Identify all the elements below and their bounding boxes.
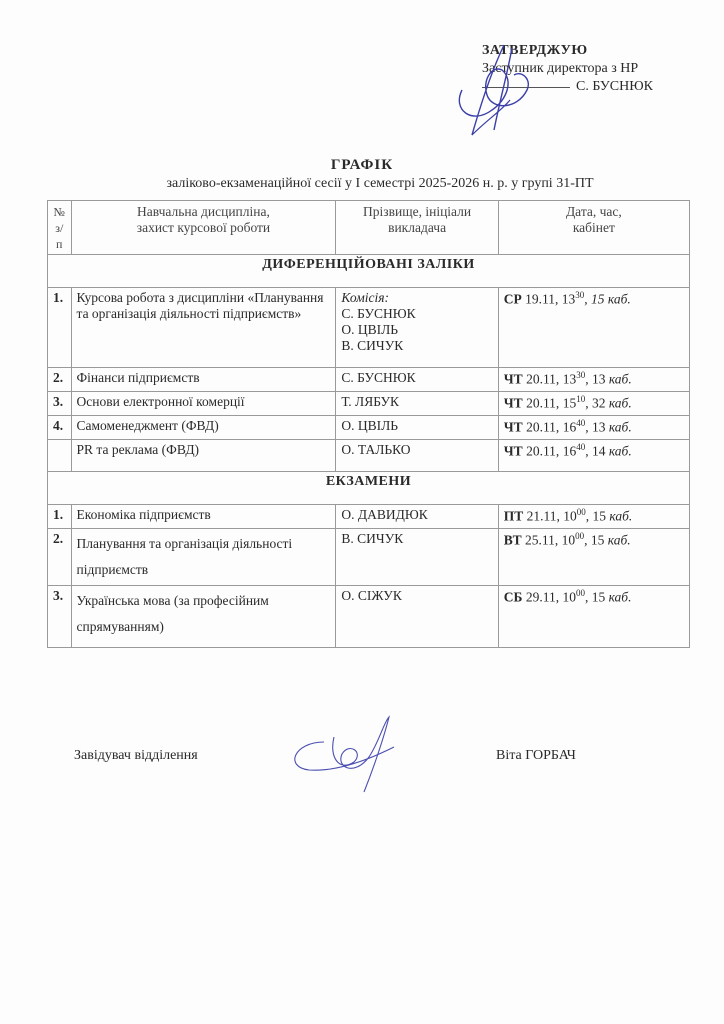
subject-cell: Планування та організація діяльності під… (71, 529, 336, 586)
teacher-cell: О. ДАВИДЮК (336, 505, 498, 529)
head-signature-icon (284, 712, 414, 802)
subject-cell: Економіка підприємств (71, 505, 336, 529)
datetime-cell: СБ 29.11, 1000, 15 каб. (498, 586, 689, 648)
approval-block: ЗАТВЕРДЖУЮ Заступник директора з НР С. Б… (482, 42, 653, 96)
approval-position: Заступник директора з НР (482, 60, 653, 78)
subject-cell: PR та реклама (ФВД) (71, 440, 336, 472)
datetime-cell: ВТ 25.11, 1000, 15 каб. (498, 529, 689, 586)
table-row: 1. Економіка підприємств О. ДАВИДЮК ПТ 2… (48, 505, 690, 529)
datetime-cell: ЧТ 20.11, 1640, 14 каб. (498, 440, 689, 472)
teacher-cell: Комісія: С. БУСНЮК О. ЦВІЛЬ В. СИЧУК (336, 288, 498, 368)
subject-cell: Курсова робота з дисципліни «Планування … (71, 288, 336, 368)
signature-line (482, 87, 570, 88)
header-num: № з/п (48, 201, 72, 255)
title-subtitle: заліково-екзаменаційної сесії у І семест… (60, 176, 700, 192)
datetime-cell: ЧТ 20.11, 1640, 13 каб. (498, 416, 689, 440)
datetime-cell: ПТ 21.11, 1000, 15 каб. (498, 505, 689, 529)
subject-cell: Самоменеджмент (ФВД) (71, 416, 336, 440)
table-row: 2. Фінанси підприємств С. БУСНЮК ЧТ 20.1… (48, 368, 690, 392)
footer-name: Віта ГОРБАЧ (496, 748, 576, 764)
teacher-cell: Т. ЛЯБУК (336, 392, 498, 416)
footer-position: Завідувач відділення (74, 748, 198, 764)
header-subject: Навчальна дисципліна, захист курсової ро… (71, 201, 336, 255)
subject-cell: Основи електронної комерції (71, 392, 336, 416)
subject-cell: Фінанси підприємств (71, 368, 336, 392)
teacher-cell: О. ЦВІЛЬ (336, 416, 498, 440)
teacher-cell: О. СІЖУК (336, 586, 498, 648)
table-row: 2. Планування та організація діяльності … (48, 529, 690, 586)
title-heading: ГРАФІК (0, 157, 724, 174)
teacher-cell: О. ТАЛЬКО (336, 440, 498, 472)
subject-cell: Українська мова (за професійним спрямува… (71, 586, 336, 648)
datetime-cell: ЧТ 20.11, 1510, 32 каб. (498, 392, 689, 416)
header-datetime: Дата, час, кабінет (498, 201, 689, 255)
datetime-cell: СР 19.11, 1330, 15 каб. (498, 288, 689, 368)
approval-name: С. БУСНЮК (576, 79, 653, 94)
table-row: 3. Українська мова (за професійним спрям… (48, 586, 690, 648)
header-teacher: Прізвище, ініціали викладача (336, 201, 498, 255)
teacher-cell: В. СИЧУК (336, 529, 498, 586)
table-header-row: № з/п Навчальна дисципліна, захист курсо… (48, 201, 690, 255)
datetime-cell: ЧТ 20.11, 1330, 13 каб. (498, 368, 689, 392)
table-row: 3. Основи електронної комерції Т. ЛЯБУК … (48, 392, 690, 416)
section-title-credits: ДИФЕРЕНЦІЙОВАНІ ЗАЛІКИ (48, 255, 690, 288)
schedule-table: № з/п Навчальна дисципліна, захист курсо… (47, 200, 690, 648)
teacher-cell: С. БУСНЮК (336, 368, 498, 392)
section-title-exams: ЕКЗАМЕНИ (48, 472, 690, 505)
table-row: 4. Самоменеджмент (ФВД) О. ЦВІЛЬ ЧТ 20.1… (48, 416, 690, 440)
table-row: 1. Курсова робота з дисципліни «Плануван… (48, 288, 690, 368)
table-row: PR та реклама (ФВД) О. ТАЛЬКО ЧТ 20.11, … (48, 440, 690, 472)
approval-heading: ЗАТВЕРДЖУЮ (482, 42, 653, 60)
